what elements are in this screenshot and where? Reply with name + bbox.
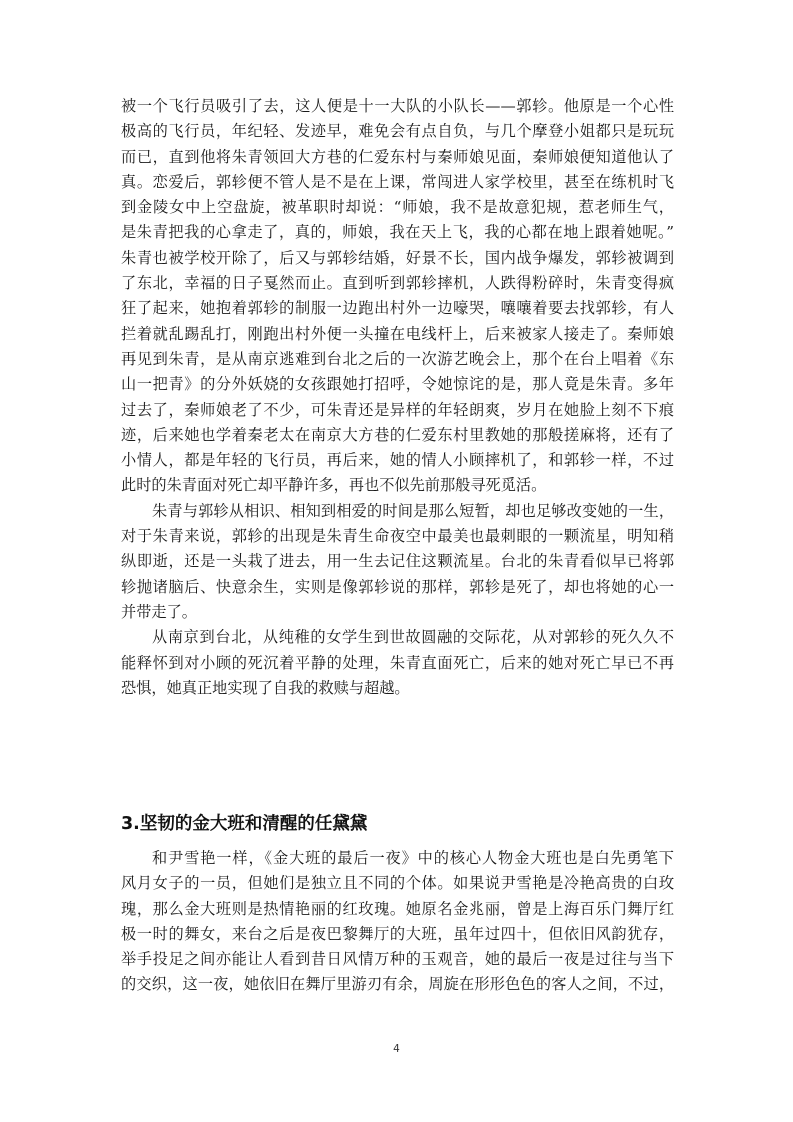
text-line: 过去了，秦师娘老了不少，可朱青还是异样的年轻朗爽，岁月在她脸上刻不下痕 [121,398,674,423]
text-line: 小情人，都是年轻的飞行员，再后来，她的情人小顾摔机了，和郭轸一样，不过 [121,448,674,473]
document-page: 被一个飞行员吸引了去，这人便是十一大队的小队长——郭轸。他原是一个心性 极高的飞… [0,0,793,1122]
text-line: 狂了起来，她抱着郭轸的制服一边跑出村外一边嚎哭，嚷嚷着要去找郭轸，有人 [121,296,674,321]
text-line: 迹，后来她也学着秦老太在南京大方巷的仁爱东村里教她的那般搓麻将，还有了 [121,423,674,448]
text-line: 真。恋爱后，郭轸便不管人是不是在上课，常闯进人家学校里，甚至在练机时飞 [121,170,674,195]
text-line: 再见到朱青，是从南京逃难到台北之后的一次游艺晚会上，那个在台上唱着《东 [121,347,674,372]
text-line: 极一时的舞女，来台之后是夜巴黎舞厅的大班，虽年过四十，但依旧风韵犹存， [121,922,674,947]
text-line: 拦着就乱踢乱打，刚跑出村外便一头撞在电线杆上，后来被家人接走了。秦师娘 [121,322,674,347]
text-line: 并带走了。 [121,600,674,625]
text-line: 是朱青把我的心拿走了，真的，师娘，我在天上飞，我的心都在地上跟着她呢。” [121,220,674,245]
text-line: 轸抛诸脑后、快意余生，实则是像郭轸说的那样，郭轸是死了，却也将她的心一 [121,575,674,600]
text-line: 风月女子的一员，但她们是独立且不同的个体。如果说尹雪艳是冷艳高贵的白玫 [121,871,674,896]
text-line: 朱青也被学校开除了，后又与郭轸结婚，好景不长，国内战争爆发，郭轸被调到 [121,246,674,271]
text-line: 和尹雪艳一样，《金大班的最后一夜》中的核心人物金大班也是白先勇笔下 [121,846,674,871]
text-line: 对于朱青来说，郭轸的出现是朱青生命夜空中最美也最刺眼的一颗流星，明知稍 [121,524,674,549]
paragraph-zhu-qing-story: 被一个飞行员吸引了去，这人便是十一大队的小队长——郭轸。他原是一个心性 极高的飞… [121,94,674,701]
text-line: 朱青与郭轸从相识、相知到相爱的时间是那么短暂，却也足够改变她的一生， [121,499,674,524]
text-line: 纵即逝，还是一头栽了进去，用一生去记住这颗流星。台北的朱青看似早已将郭 [121,549,674,574]
text-line: 的交织，这一夜，她依旧在舞厅里游刃有余，周旋在形形色色的客人之间，不过， [121,972,674,997]
text-line: 瑰，那么金大班则是热情艳丽的红玫瑰。她原名金兆丽，曾是上海百乐门舞厅红 [121,897,674,922]
text-line: 到金陵女中上空盘旋，被革职时却说：“师娘，我不是故意犯规，惹老师生气， [121,195,674,220]
text-line: 能释怀到对小顾的死沉着平静的处理，朱青直面死亡，后来的她对死亡早已不再 [121,651,674,676]
text-line: 极高的飞行员，年纪轻、发迹早，难免会有点自负，与几个摩登小姐都只是玩玩 [121,119,674,144]
text-line: 此时的朱青面对死亡却平静许多，再也不似先前那般寻死觅活。 [121,473,674,498]
text-line: 从南京到台北，从纯稚的女学生到世故圆融的交际花，从对郭轸的死久久不 [121,625,674,650]
section-heading: 3.坚韧的金大班和清醒的任黛黛 [121,811,367,837]
text-line: 举手投足之间亦能让人看到昔日风情万种的玉观音，她的最后一夜是过往与当下 [121,947,674,972]
text-line: 了东北，幸福的日子戛然而止。直到听到郭轸摔机，人跌得粉碎时，朱青变得疯 [121,271,674,296]
text-line: 山一把青》的分外妖娆的女孩跟她打招呼，令她惊诧的是，那人竟是朱青。多年 [121,372,674,397]
text-line: 恐惧，她真正地实现了自我的救赎与超越。 [121,676,674,701]
text-line: 被一个飞行员吸引了去，这人便是十一大队的小队长——郭轸。他原是一个心性 [121,94,674,119]
paragraph-jin-daban: 和尹雪艳一样，《金大班的最后一夜》中的核心人物金大班也是白先勇笔下 风月女子的一… [121,846,674,998]
page-number: 4 [0,1043,793,1055]
text-line: 而已，直到他将朱青领回大方巷的仁爱东村与秦师娘见面，秦师娘便知道他认了 [121,145,674,170]
